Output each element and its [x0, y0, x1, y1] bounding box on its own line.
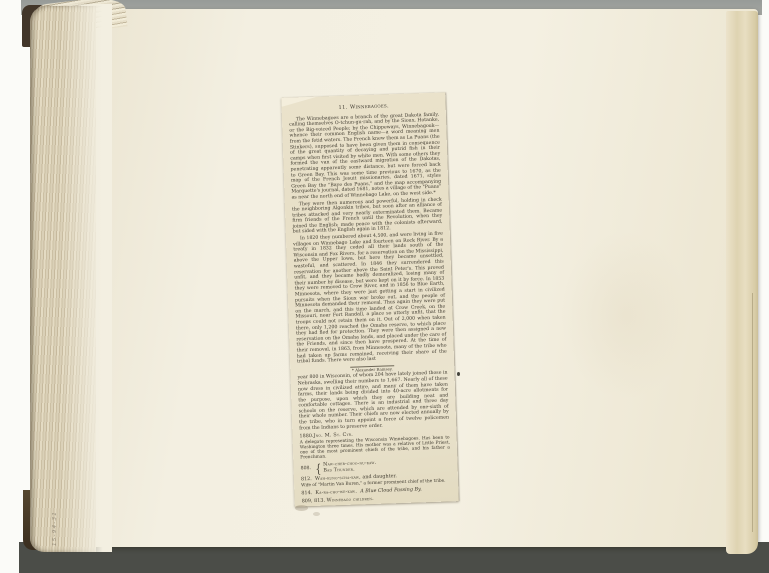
- pencil-inventory-number: 15-94-31: [52, 494, 58, 546]
- clipping-paragraph-1: The Winnebagoes are a branch of the grea…: [289, 112, 442, 201]
- pasted-printed-clipping: 11. Winnebagoes. The Winnebagoes are a b…: [281, 92, 458, 506]
- entry-children-number: 809, 813.: [302, 498, 326, 505]
- page-stack-fade: [60, 4, 112, 552]
- clipping-heading: 11. Winnebagoes.: [289, 103, 439, 114]
- entry-blue-cloud-number: 814.: [301, 491, 315, 497]
- page-fore-edge-right: [726, 11, 758, 554]
- entry-st-cyr-name: Jno. M. St. Cyr.: [313, 431, 353, 438]
- entry-bad-thunder-name-english: Bad Thunder.: [323, 467, 377, 474]
- entry-st-cyr-description: A delegate representing the Wisconsin Wi…: [300, 435, 451, 461]
- ink-speck: [457, 372, 460, 376]
- entry-children-name: Winnebago children.: [326, 496, 374, 504]
- clipping-paragraph-3: In 1820 they numbered about 4,500, and w…: [293, 232, 447, 366]
- page-stain: [560, 230, 690, 400]
- photograph-of-album-page: 15-94-31 11. Winnebagoes. The Winnebagoe…: [0, 0, 769, 573]
- brace-glyph: {: [315, 463, 321, 474]
- heading-title: Winnebagoes.: [350, 103, 389, 110]
- clipping-paragraph-4: year 800 in Wisconsin, of whom 204 have …: [297, 371, 449, 432]
- entry-blue-cloud-translation: A Blue Cloud Passing By.: [360, 486, 422, 494]
- foxing-smudge-small: [313, 512, 320, 516]
- entry-bad-thunder-number: 808.: [301, 466, 315, 472]
- heading-number: 11.: [338, 105, 348, 111]
- foxing-smudge: [295, 505, 308, 511]
- clipping-paragraph-2: They were then numerous and powerful, ho…: [292, 197, 443, 236]
- entry-blue-cloud-name: Ka-ra-cho-we-kaw.: [315, 488, 357, 495]
- clipping-corner-fold: [281, 97, 317, 107]
